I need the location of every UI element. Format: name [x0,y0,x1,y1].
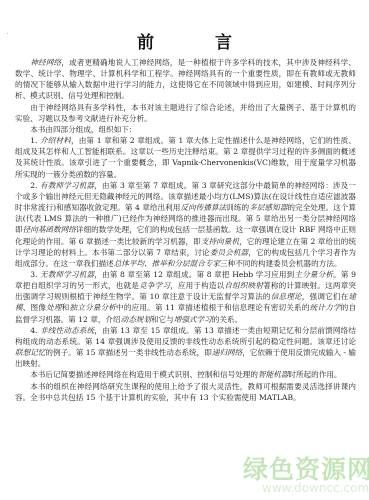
paragraph: 神经网络，或者更精确地说人工神经网络，是一种植根于许多学科的技术，其中涉及神经科… [15,57,356,102]
text-run: 的关系。 [212,315,242,324]
text-run: 、图像 [23,303,46,312]
text-run: 的例子。第 15 章描述另一类非线性动态系统，即 [45,348,211,357]
emphasized-text: 竞争学习 [139,281,170,290]
paragraph: 本书由四部分组成，组织如下： [15,124,356,135]
text-run: 训练的 [226,203,249,212]
emphasized-text: 信息理论 [271,292,302,301]
emphasized-text: 多层感知器 [249,203,287,212]
paragraph: 3. 无教师学习机器，由第 8 章至第 12 章组成。第 8 章把 Hebb 学… [15,269,356,325]
text-run: 本书后记简要描述神经网络在构造用于模式识别、控制和信号处理的 [30,370,258,379]
emphasized-text: 径向基函数网络 [23,225,76,234]
text-run: 和它与 [151,315,174,324]
text-run: 1. [30,136,40,145]
paragraph: 本书后记简要描述神经网络在构造用于模式识别、控制和信号处理的智能机器时所起的作用… [15,369,356,380]
text-run: 本书由四部分组成，组织如下： [30,125,136,134]
paragraph: 1. 介绍材料，由第 1 章和第 2 章组成。第 1 章大体上定性描述什么是神经… [15,135,356,180]
page-title: 前 言 [0,28,369,53]
paragraph: 本书的组织在神经网络研究生课程的使用上给予了很大灵活性，教师可根据需要灵活选择讲… [15,381,356,403]
paragraph: 4. 非线性动态系统，由第 13 章至 15 章组成。第 13 章描述一类由短期… [15,325,356,370]
emphasized-text: 有教师学习机器 [40,181,94,190]
emphasized-text: 反向传播算法 [180,203,226,212]
emphasized-text: 无教师学习机器 [40,270,94,279]
emphasized-text: 增强式学习 [174,315,212,324]
document-page: 前 言 神经网络，或者更精确地说人工神经网络，是一种植根于许多学科的技术，其中涉… [0,0,369,500]
emphasized-text: 递归网络 [212,348,242,357]
text-run: ，强调它们在 [302,292,349,301]
emphasized-text: 联想记忆 [15,348,45,357]
preface-body: 神经网络，或者更精确地说人工神经网络，是一种植根于许多学科的技术，其中涉及神经科… [15,57,356,403]
emphasized-text: 自组织映射 [224,281,263,290]
text-run: 3. [30,270,40,279]
emphasized-text: 神经网络 [30,58,61,67]
watermark-url: www.downcc.com [262,481,369,495]
emphasized-text: 处理 [46,303,62,312]
paragraph: 由于神经网络具有多学科性，本书对该主题进行了综合论述，并给出了大量例子、基于计算… [15,102,356,124]
text-run: 2. [30,181,40,190]
emphasized-text: 独立分量分析 [69,303,116,312]
emphasized-text: 智能机器 [258,370,288,379]
text-run: 本书的组织在神经网络研究生课程的使用上给予了很大灵活性，教师可根据需要灵活选择讲… [15,382,356,402]
text-run: 中的应用。第 11 章描述植根于和信息理论有密切关系的 [116,303,310,312]
emphasized-text: 主分量分析 [294,270,333,279]
emphasized-text: 总体平均、推举和分层混合专家 [114,259,220,268]
text-run: 4. [30,326,40,335]
text-run: 三种不同的构建委员会机器的方法。 [220,259,342,268]
text-run: 由于神经网络具有多学科性，本书对该主题进行了综合论述，并给出了大量例子、基于计算… [15,103,356,123]
emphasized-text: 非线性动态系统 [40,326,94,335]
text-run: ，由第 8 章至第 12 章组成。第 8 章把 Hebb 学习应用到 [94,270,294,279]
emphasized-text: 统计力学 [310,303,341,312]
emphasized-text: 委员会机器 [210,248,249,257]
text-run: ，或者更精确地说人工神经网络，是一种植根于许多学科的技术，其中涉及神经科学、数学… [15,58,356,100]
emphasized-text: 支持向量机 [201,237,239,246]
emphasized-text: 介绍材料 [40,136,71,145]
text-run: 时所起的作用。 [288,370,341,379]
emphasized-text: 动态规划 [121,315,151,324]
text-run: ，应用于构造以 [170,281,224,290]
paragraph: 2. 有教师学习机器，由第 3 章至第 7 章组成。第 3 章研究这部分中最简单… [15,180,356,269]
